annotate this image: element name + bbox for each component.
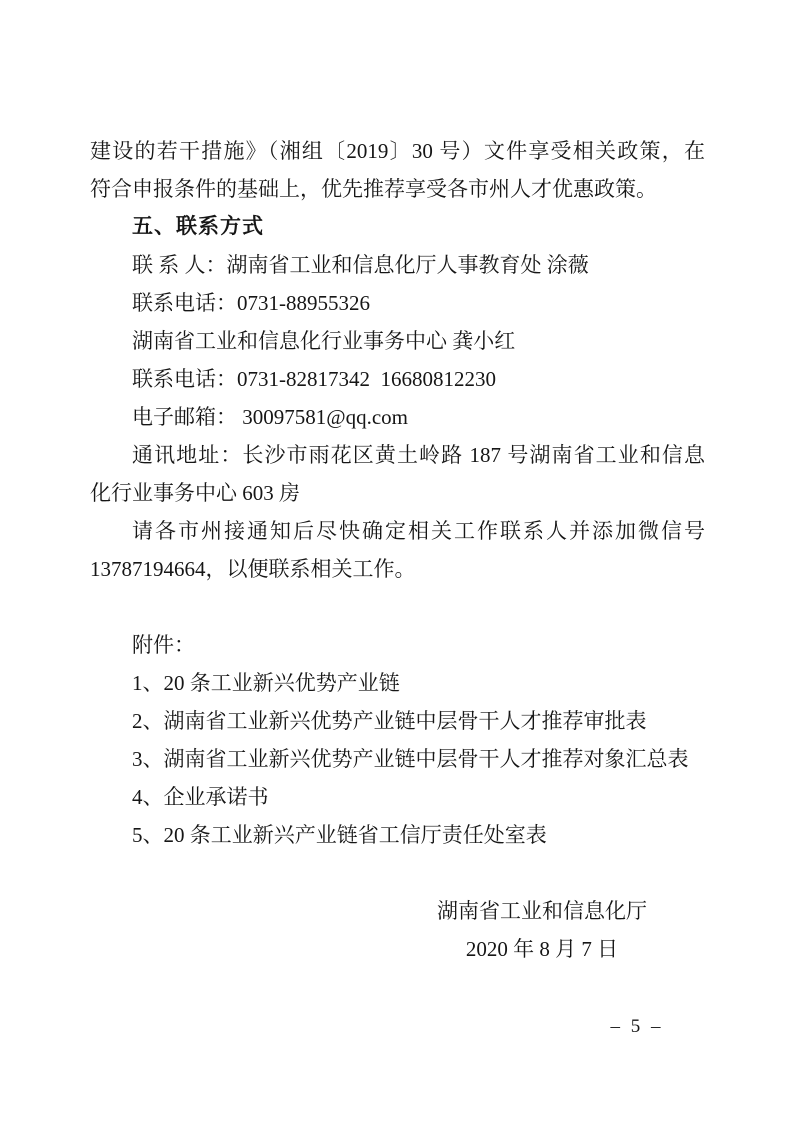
contact-phone-line-1: 联系电话：0731-88955326 bbox=[90, 284, 705, 322]
contact-phone-line-2: 联系电话：0731-82817342 16680812230 bbox=[90, 360, 705, 398]
attachments-label: 附件： bbox=[90, 626, 705, 664]
contact-person-line: 联 系 人：湖南省工业和信息化厅人事教育处 涂薇 bbox=[90, 246, 705, 284]
page-number: – 5 – bbox=[592, 1016, 682, 1038]
wechat-note-line-2: 13787194664，以便联系相关工作。 bbox=[90, 550, 705, 588]
mailing-address-line-1: 通讯地址：长沙市雨花区黄土岭路 187 号湖南省工业和信息 bbox=[90, 436, 705, 474]
signature-issuer: 湖南省工业和信息化厅 bbox=[437, 892, 647, 930]
document-page: 建设的若干措施》（湘组〔2019〕30 号）文件享受相关政策，在 符合申报条件的… bbox=[0, 0, 793, 1122]
blank-line bbox=[90, 588, 705, 626]
mailing-address-line-2: 化行业事务中心 603 房 bbox=[90, 474, 705, 512]
wechat-note-line-1: 请各市州接通知后尽快确定相关工作联系人并添加微信号 bbox=[90, 512, 705, 550]
section-heading-contact: 五、联系方式 bbox=[90, 208, 705, 246]
intro-paragraph-line-2: 符合申报条件的基础上，优先推荐享受各市州人才优惠政策。 bbox=[90, 170, 705, 208]
attachment-item: 5、20 条工业新兴产业链省工信厅责任处室表 bbox=[90, 816, 705, 854]
contact-email-line: 电子邮箱： 30097581@qq.com bbox=[90, 398, 705, 436]
attachment-item: 2、湖南省工业新兴优势产业链中层骨干人才推荐审批表 bbox=[90, 702, 705, 740]
attachment-item: 3、湖南省工业新兴优势产业链中层骨干人才推荐对象汇总表 bbox=[90, 740, 705, 778]
attachment-item: 4、企业承诺书 bbox=[90, 778, 705, 816]
signature-date: 2020 年 8 月 7 日 bbox=[437, 930, 647, 968]
document-body: 建设的若干措施》（湘组〔2019〕30 号）文件享受相关政策，在 符合申报条件的… bbox=[90, 132, 705, 968]
intro-paragraph-line-1: 建设的若干措施》（湘组〔2019〕30 号）文件享受相关政策，在 bbox=[90, 132, 705, 170]
attachment-item: 1、20 条工业新兴优势产业链 bbox=[90, 664, 705, 702]
contact-org-line: 湖南省工业和信息化行业事务中心 龚小红 bbox=[90, 322, 705, 360]
blank-line bbox=[90, 854, 705, 892]
signature-block: 湖南省工业和信息化厅 2020 年 8 月 7 日 bbox=[437, 892, 647, 968]
